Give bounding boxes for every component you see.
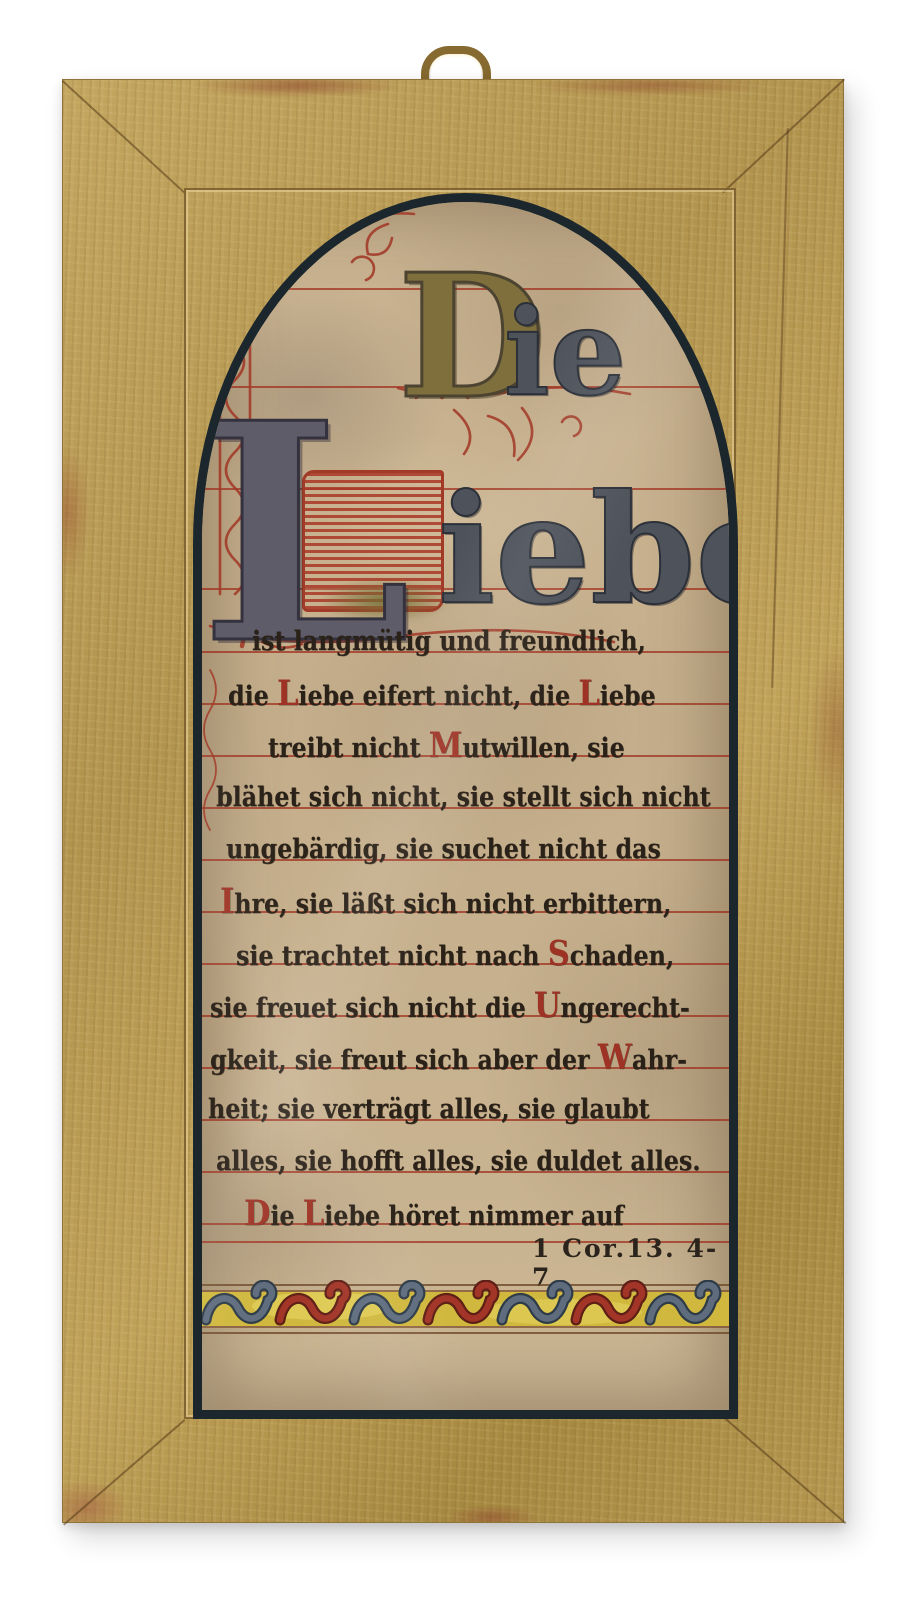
verse-text: sie freuet sich nicht die bbox=[210, 993, 534, 1024]
rubricated-initial: D bbox=[244, 1194, 270, 1234]
verse-text: sie trachtet nicht nach bbox=[236, 941, 548, 972]
verse-line: Ihre, sie läßt sich nicht erbittern, bbox=[220, 876, 664, 928]
scroll-border-ornament bbox=[202, 1280, 729, 1338]
verse-text-block: ist langmütig und freundlich,die Liebe e… bbox=[210, 616, 725, 1240]
verse-text: ie bbox=[270, 1201, 302, 1232]
verse-text: ahr- bbox=[632, 1045, 687, 1076]
arched-window: D ie L iebe ist langmütig und freundlich… bbox=[193, 193, 738, 1419]
rubricated-initial: L bbox=[578, 674, 599, 714]
verse-line: treibt nicht Mutwillen, sie bbox=[268, 720, 670, 772]
mitre-joint bbox=[722, 79, 845, 194]
verse-text: ngerecht- bbox=[561, 993, 690, 1024]
verse-text: iebe eifert nicht, die bbox=[298, 681, 578, 712]
verse-line: alles, sie hofft alles, sie duldet alles… bbox=[216, 1136, 664, 1188]
verse-text: die bbox=[228, 681, 277, 712]
verse-text: iebe bbox=[600, 681, 656, 712]
mitre-joint bbox=[63, 1419, 185, 1525]
title-word-die-rest: ie bbox=[504, 293, 626, 413]
verse-line: sie freuet sich nicht die Ungerecht- bbox=[210, 980, 663, 1032]
verse-text: alles, sie hofft alles, sie duldet alles… bbox=[216, 1146, 701, 1177]
rubricated-initial: I bbox=[220, 882, 234, 922]
verse-text: blähet sich nicht, sie stellt sich nicht bbox=[216, 782, 711, 813]
rubricated-initial: L bbox=[277, 674, 298, 714]
verse-line: ungebärdig, sie suchet nicht das bbox=[226, 824, 665, 876]
verse-text: chaden, bbox=[570, 941, 674, 972]
rubricated-initial: S bbox=[548, 934, 570, 974]
verse-line: heit; sie verträgt alles, sie glaubt bbox=[208, 1084, 663, 1136]
verse-text: ist langmütig und freundlich, bbox=[252, 626, 646, 657]
verse-text: gkeit, sie freut sich aber der bbox=[210, 1045, 598, 1076]
verse-text: utwillen, sie bbox=[462, 733, 624, 764]
verse-line: ist langmütig und freundlich, bbox=[252, 616, 668, 668]
verse-line: gkeit, sie freut sich aber der Wahr- bbox=[210, 1032, 663, 1084]
verse-text: heit; sie verträgt alles, sie glaubt bbox=[208, 1094, 650, 1125]
frame-crack bbox=[771, 128, 789, 688]
verse-line: blähet sich nicht, sie stellt sich nicht bbox=[216, 772, 664, 824]
verse-text: treibt nicht bbox=[268, 733, 429, 764]
verse-text: ungebärdig, sie suchet nicht das bbox=[226, 834, 661, 865]
rubricated-initial: L bbox=[303, 1194, 324, 1234]
mitre-joint bbox=[724, 1418, 846, 1524]
verse-line: die Liebe eifert nicht, die Liebe bbox=[228, 668, 665, 720]
verse-text: hre, sie läßt sich nicht erbittern, bbox=[234, 889, 671, 920]
rubricated-initial: U bbox=[534, 986, 561, 1026]
verse-line: sie trachtet nicht nach Schaden, bbox=[236, 928, 666, 980]
parchment: D ie L iebe ist langmütig und freundlich… bbox=[202, 202, 729, 1410]
verse-text: iebe höret nimmer auf bbox=[324, 1201, 624, 1232]
title-word-liebe-rest: iebe bbox=[438, 475, 738, 625]
mitre-joint bbox=[62, 80, 186, 194]
gilt-frame: D ie L iebe ist langmütig und freundlich… bbox=[62, 79, 844, 1523]
verse-line: Die Liebe höret nimmer auf bbox=[244, 1188, 667, 1240]
rubricated-initial: M bbox=[429, 726, 463, 766]
rubricated-initial: W bbox=[598, 1038, 632, 1078]
framed-artwork-photo: D ie L iebe ist langmütig und freundlich… bbox=[0, 0, 920, 1600]
